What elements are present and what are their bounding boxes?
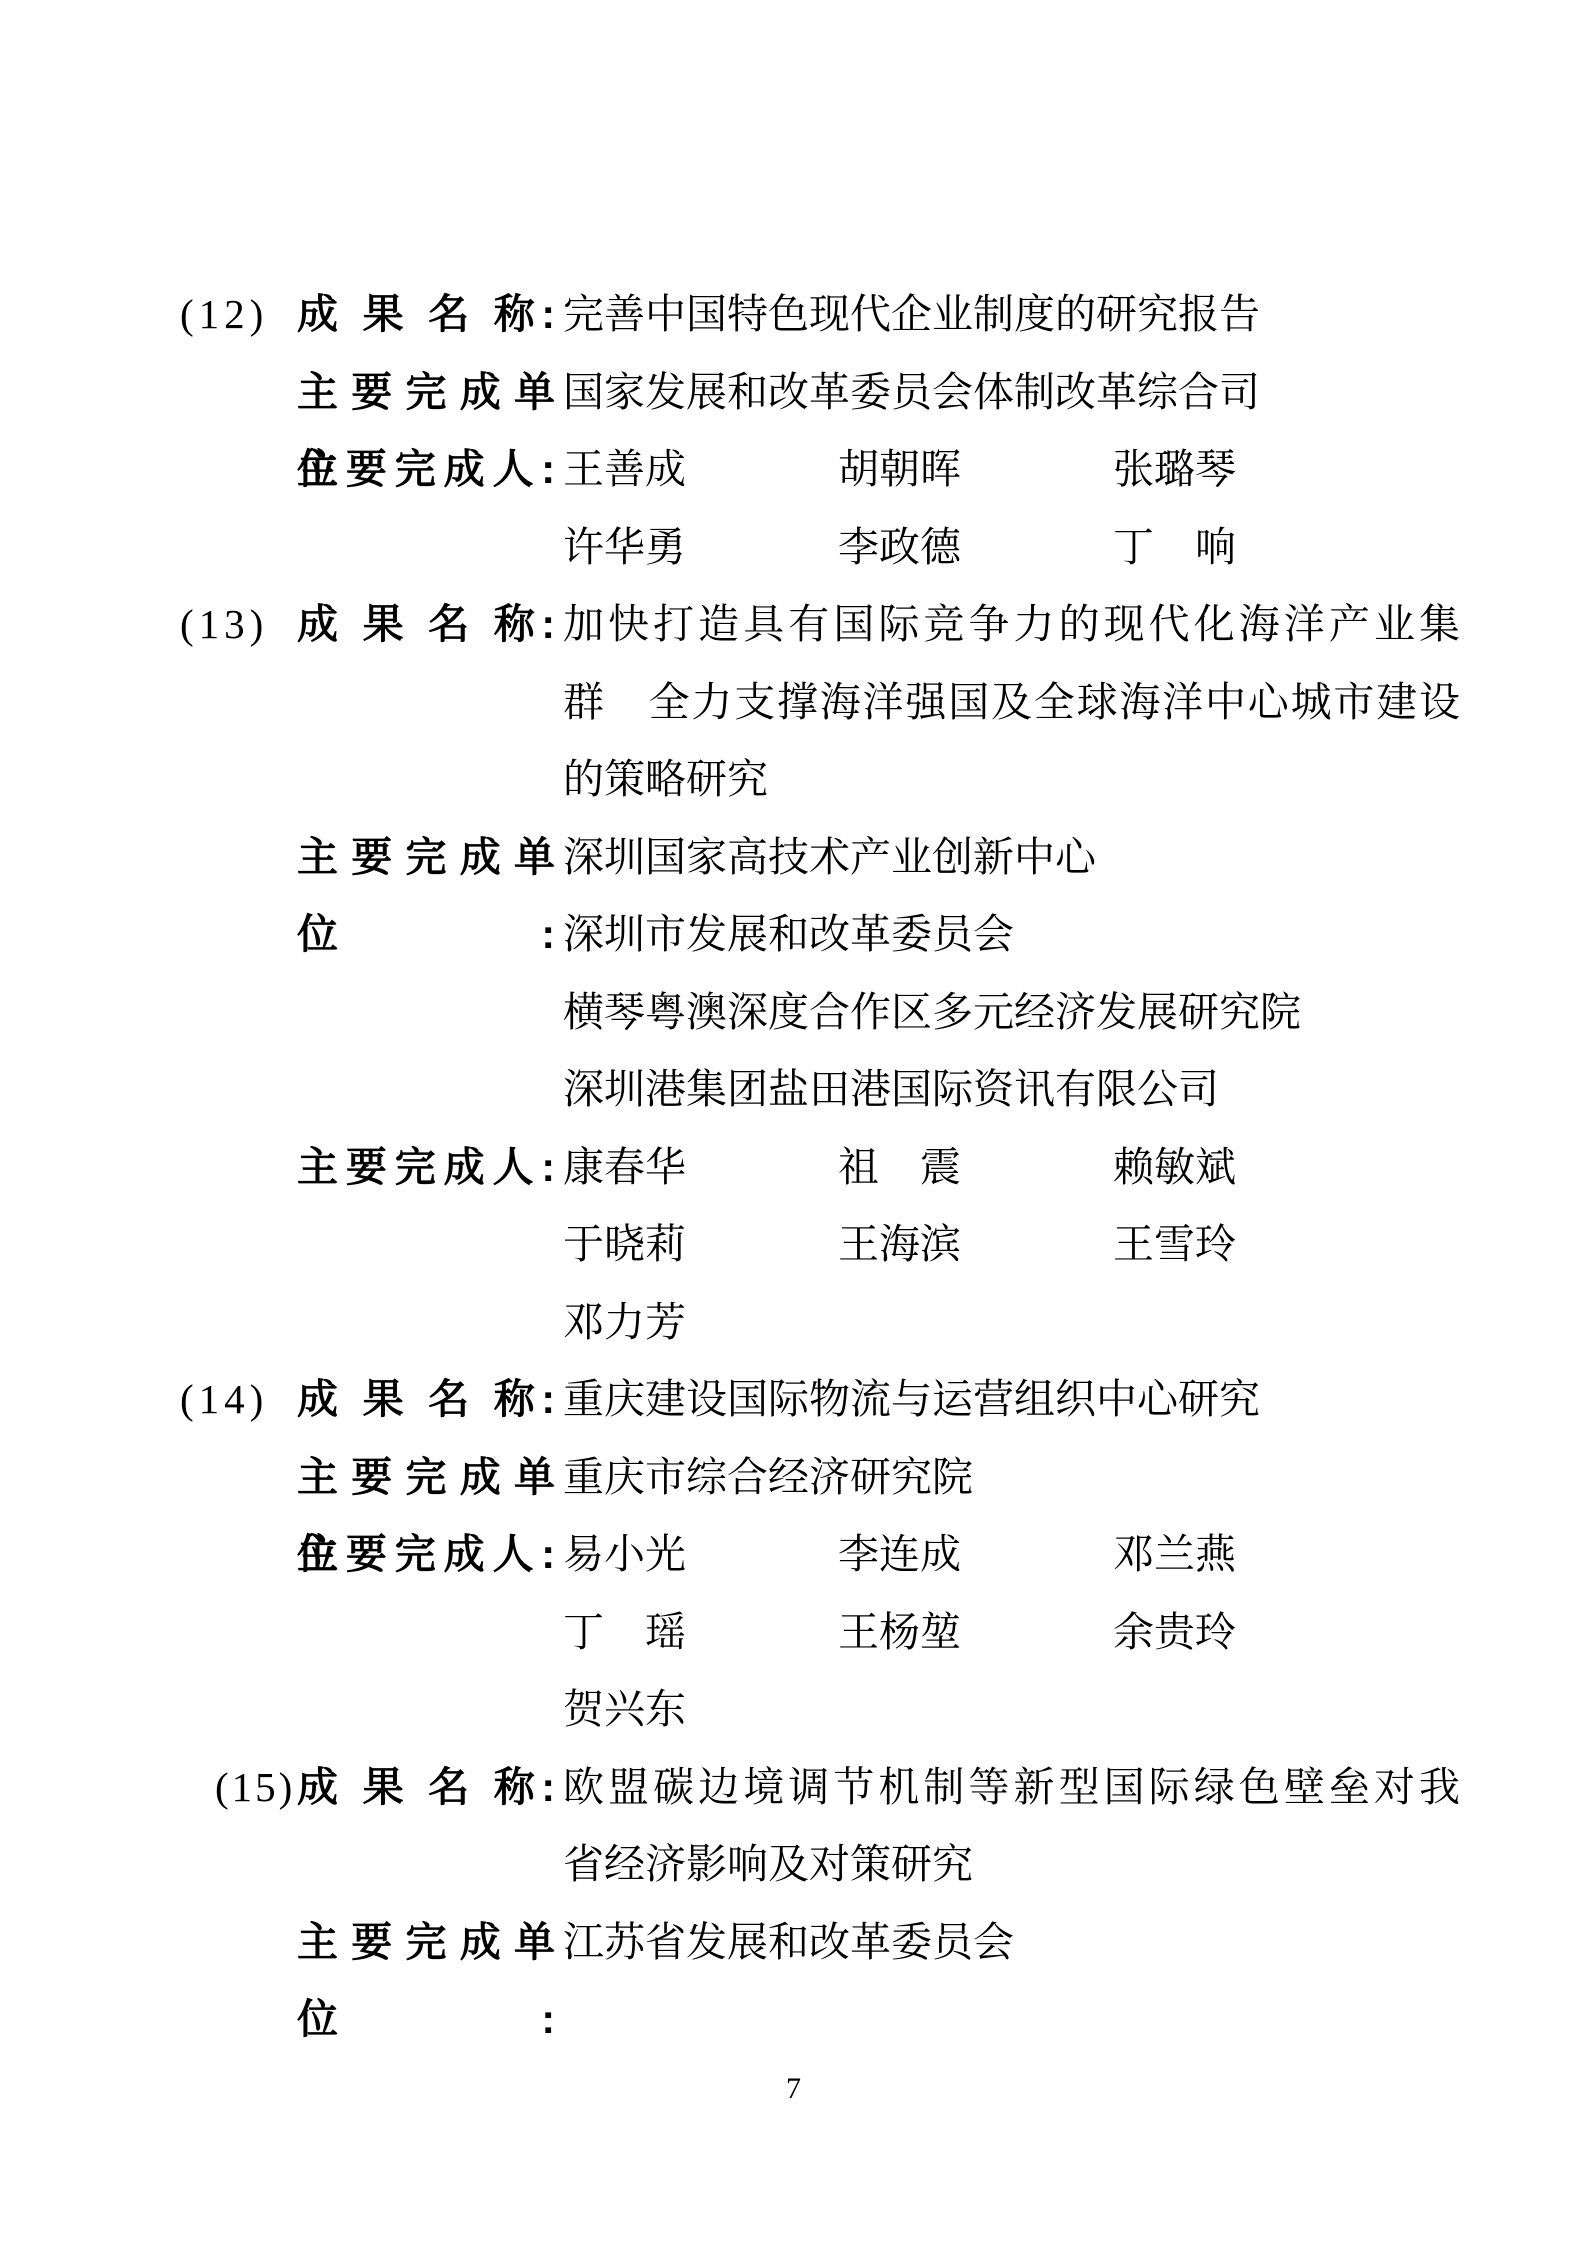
achievement-title-line: 欧盟碳边境调节机制等新型国际绿色壁垒对我 xyxy=(563,1749,1460,1827)
person-name: 丁 响 xyxy=(1113,509,1236,587)
achievement-title-line: 群 全力支撑海洋强国及全球海洋中心城市建设 xyxy=(563,664,1460,742)
person-name: 李连成 xyxy=(838,1516,961,1594)
field-label-main-unit: 主要完成单位: xyxy=(297,1904,555,2059)
person-name: 康春华 xyxy=(563,1129,686,1207)
entry-13-unit-row: 深圳市发展和改革委员会 xyxy=(0,896,1587,974)
entry-13-people-row: 邓力芳 xyxy=(0,1284,1587,1362)
entry-15-title-row: (15) 成 果 名 称: 欧盟碳边境调节机制等新型国际绿色壁垒对我 xyxy=(0,1749,1587,1827)
document-page: { "entries": [ { "num": "(12)", "name_la… xyxy=(0,0,1587,2245)
field-label-main-people: 主要完成人: xyxy=(297,1129,555,1207)
completing-unit: 重庆市综合经济研究院 xyxy=(563,1439,973,1517)
person-name: 邓力芳 xyxy=(563,1284,686,1362)
completing-unit: 横琴粤澳深度合作区多元经济发展研究院 xyxy=(563,974,1301,1052)
field-label-achievement-name: 成 果 名 称: xyxy=(297,276,555,354)
entry-number: (13) xyxy=(180,586,268,664)
achievement-title-line: 重庆建设国际物流与运营组织中心研究 xyxy=(563,1361,1260,1439)
person-name: 易小光 xyxy=(563,1516,686,1594)
person-name: 贺兴东 xyxy=(563,1671,686,1749)
entry-number: (14) xyxy=(180,1361,268,1439)
entry-13-unit-row: 主要完成单位: 深圳国家高技术产业创新中心 xyxy=(0,819,1587,897)
entry-13-title-row: 群 全力支撑海洋强国及全球海洋中心城市建设 xyxy=(0,664,1587,742)
entry-14-unit-row: 主要完成单位: 重庆市综合经济研究院 xyxy=(0,1439,1587,1517)
person-name: 王杨堃 xyxy=(838,1594,961,1672)
field-label-achievement-name: 成 果 名 称: xyxy=(297,1361,555,1439)
achievement-title-line: 完善中国特色现代企业制度的研究报告 xyxy=(563,276,1260,354)
achievement-title-line: 省经济影响及对策研究 xyxy=(563,1826,973,1904)
entry-13-people-row: 于晓莉 王海滨 王雪玲 xyxy=(0,1206,1587,1284)
entry-13-unit-row: 横琴粤澳深度合作区多元经济发展研究院 xyxy=(0,974,1587,1052)
entry-14-people-row: 主要完成人: 易小光 李连成 邓兰燕 xyxy=(0,1516,1587,1594)
completing-unit: 国家发展和改革委员会体制改革综合司 xyxy=(563,354,1260,432)
person-name: 于晓莉 xyxy=(563,1206,686,1284)
entry-number: (12) xyxy=(180,276,268,354)
achievement-title-line: 的策略研究 xyxy=(563,741,768,819)
person-name: 丁 瑶 xyxy=(563,1594,686,1672)
field-label-main-people: 主要完成人: xyxy=(297,431,555,509)
entry-12-title-row: (12) 成 果 名 称: 完善中国特色现代企业制度的研究报告 xyxy=(0,276,1587,354)
person-name: 赖敏斌 xyxy=(1113,1129,1236,1207)
completing-unit: 江苏省发展和改革委员会 xyxy=(563,1904,1014,1982)
field-label-main-people: 主要完成人: xyxy=(297,1516,555,1594)
page-number: 7 xyxy=(0,2072,1587,2106)
person-name: 张璐琴 xyxy=(1113,431,1236,509)
completing-unit: 深圳港集团盐田港国际资讯有限公司 xyxy=(563,1051,1219,1129)
achievement-title-line: 加快打造具有国际竞争力的现代化海洋产业集 xyxy=(563,586,1460,664)
person-name: 许华勇 xyxy=(563,509,686,587)
entry-number: (15) xyxy=(215,1749,295,1827)
person-name: 胡朝晖 xyxy=(838,431,961,509)
entry-12-people-row: 主要完成人: 王善成 胡朝晖 张璐琴 xyxy=(0,431,1587,509)
entry-12-unit-row: 主要完成单位: 国家发展和改革委员会体制改革综合司 xyxy=(0,354,1587,432)
entry-13-people-row: 主要完成人: 康春华 祖 震 赖敏斌 xyxy=(0,1129,1587,1207)
person-name: 王海滨 xyxy=(838,1206,961,1284)
entry-14-people-row: 丁 瑶 王杨堃 余贵玲 xyxy=(0,1594,1587,1672)
completing-unit: 深圳国家高技术产业创新中心 xyxy=(563,819,1096,897)
completing-unit: 深圳市发展和改革委员会 xyxy=(563,896,1014,974)
entry-15-unit-row: 主要完成单位: 江苏省发展和改革委员会 xyxy=(0,1904,1587,1982)
person-name: 祖 震 xyxy=(838,1129,961,1207)
person-name: 王善成 xyxy=(563,431,686,509)
person-name: 李政德 xyxy=(838,509,961,587)
entry-12-people-row: 许华勇 李政德 丁 响 xyxy=(0,509,1587,587)
document-body: (12) 成 果 名 称: 完善中国特色现代企业制度的研究报告 主要完成单位: … xyxy=(0,276,1587,1981)
entry-13-unit-row: 深圳港集团盐田港国际资讯有限公司 xyxy=(0,1051,1587,1129)
person-name: 余贵玲 xyxy=(1113,1594,1236,1672)
entry-13-title-row: (13) 成 果 名 称: 加快打造具有国际竞争力的现代化海洋产业集 xyxy=(0,586,1587,664)
entry-14-title-row: (14) 成 果 名 称: 重庆建设国际物流与运营组织中心研究 xyxy=(0,1361,1587,1439)
person-name: 王雪玲 xyxy=(1113,1206,1236,1284)
entry-14-people-row: 贺兴东 xyxy=(0,1671,1587,1749)
field-label-achievement-name: 成 果 名 称: xyxy=(297,586,555,664)
person-name: 邓兰燕 xyxy=(1113,1516,1236,1594)
entry-15-title-row: 省经济影响及对策研究 xyxy=(0,1826,1587,1904)
entry-13-title-row: 的策略研究 xyxy=(0,741,1587,819)
field-label-achievement-name: 成 果 名 称: xyxy=(297,1749,555,1827)
